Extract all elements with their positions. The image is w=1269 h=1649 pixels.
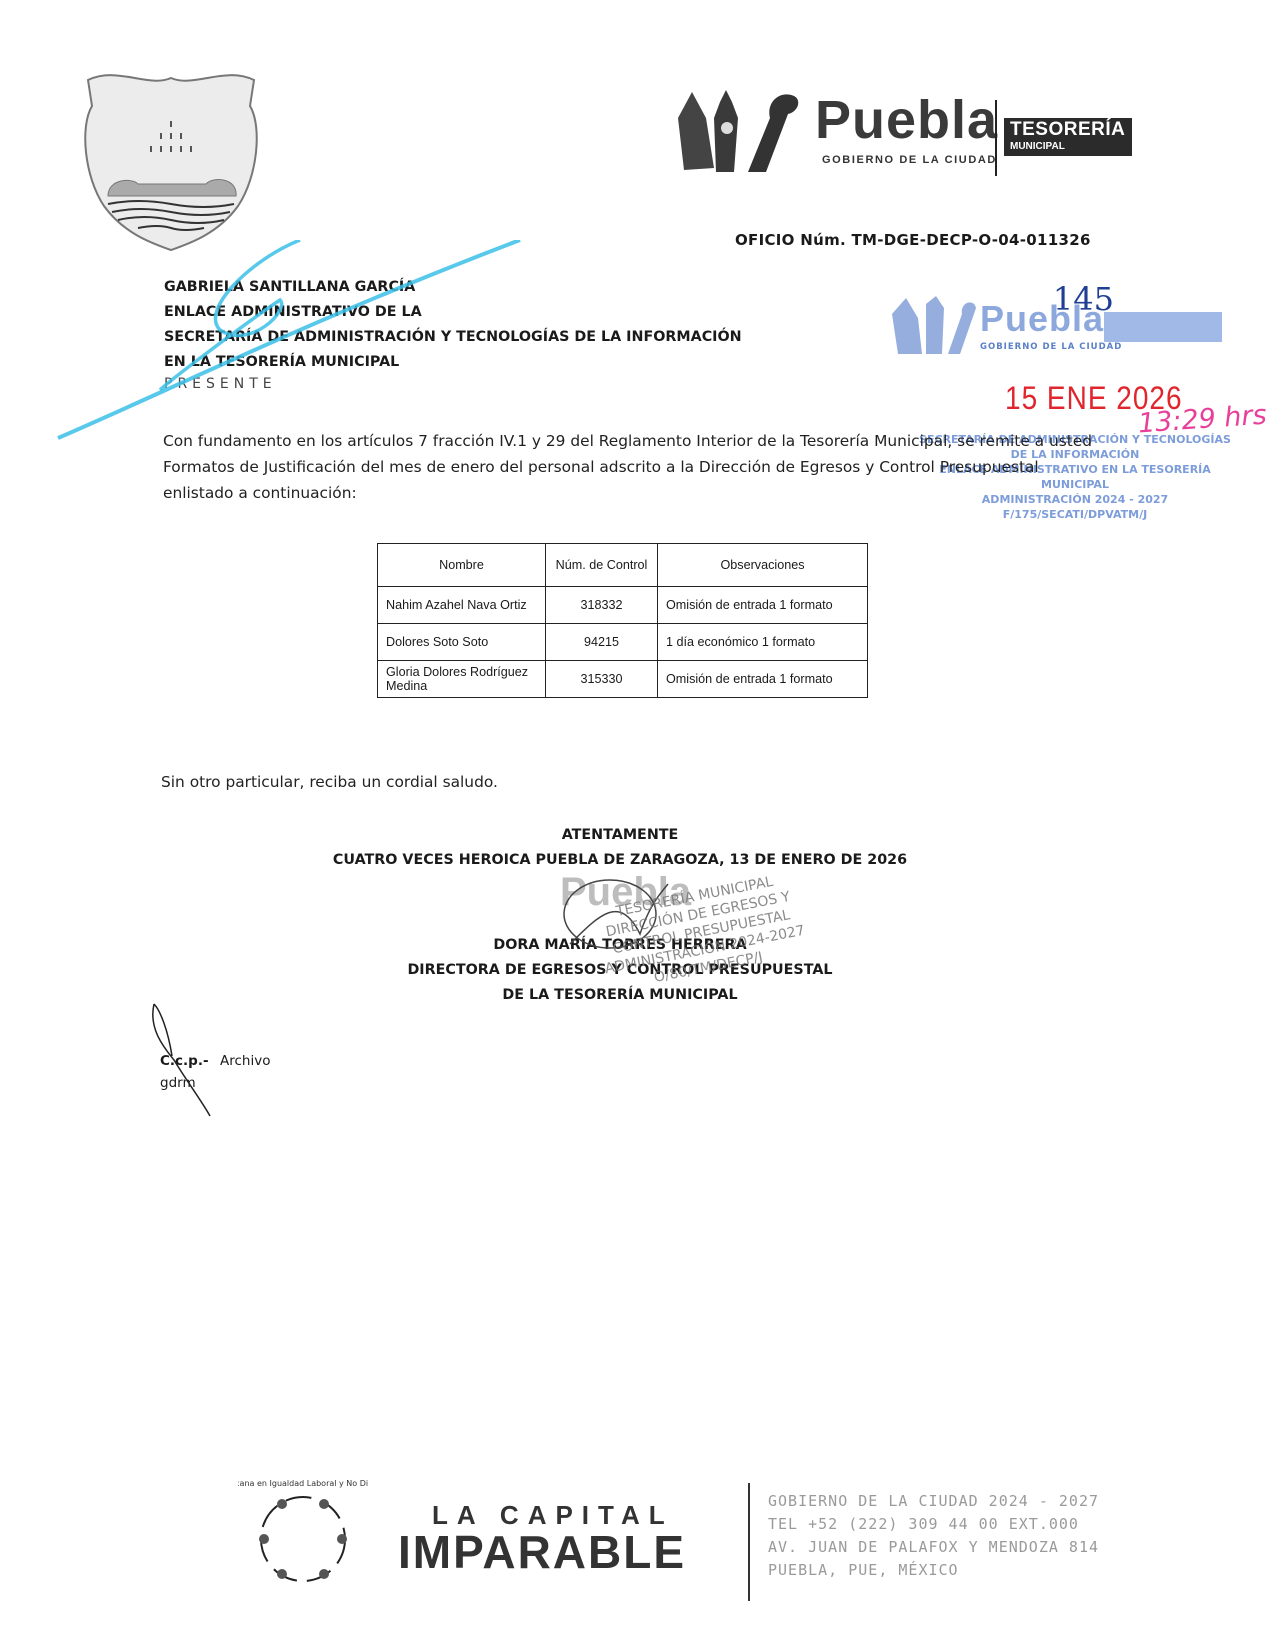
cell-control: 94215 xyxy=(546,624,658,661)
cell-nombre: Nahim Azahel Nava Ortiz xyxy=(378,587,546,624)
logo-subtitle: GOBIERNO DE LA CIUDAD xyxy=(822,154,997,166)
table-row: Nahim Azahel Nava Ortiz 318332 Omisión d… xyxy=(378,587,868,624)
signer-name: DORA MARÍA TORRES HERRERA xyxy=(300,933,940,958)
municipal-crest-logo xyxy=(78,66,264,252)
logo-divider xyxy=(995,100,997,176)
puebla-tesoreria-logo: Puebla GOBIERNO DE LA CIUDAD TESORERÍA M… xyxy=(670,88,1140,178)
footer-divider xyxy=(748,1483,750,1601)
signature-block: ATENTAMENTE CUATRO VECES HEROICA PUEBLA … xyxy=(300,823,940,1008)
brand-line2: IMPARABLE xyxy=(398,1531,686,1573)
body-paragraph: Con fundamento en los artículos 7 fracci… xyxy=(163,428,1093,506)
puebla-wordmark: Puebla xyxy=(815,90,998,150)
cell-observaciones: Omisión de entrada 1 formato xyxy=(658,587,868,624)
cell-observaciones: Omisión de entrada 1 formato xyxy=(658,661,868,698)
tesoreria-badge: TESORERÍA MUNICIPAL xyxy=(1004,118,1132,156)
handwritten-initial-mark xyxy=(146,1000,226,1120)
address-line: AV. JUAN DE PALAFOX Y MENDOZA 814 xyxy=(768,1536,1099,1559)
puebla-emblem-icon xyxy=(670,88,820,174)
badge-title: TESORERÍA xyxy=(1010,119,1125,141)
atentamente-label: ATENTAMENTE xyxy=(300,823,940,848)
stamp-subtitle: GOBIERNO DE LA CIUDAD xyxy=(980,342,1122,352)
addressee-block: GABRIELA SANTILLANA GARCÍA ENLACE ADMINI… xyxy=(164,275,742,375)
puebla-emblem-stamp-icon xyxy=(888,294,978,356)
addressee-line: ENLACE ADMINISTRATIVO DE LA xyxy=(164,300,742,325)
signer-title: DE LA TESORERÍA MUNICIPAL xyxy=(300,983,940,1008)
col-header-observaciones: Observaciones xyxy=(658,544,868,587)
seal-text: Norma Mexicana en Igualdad Laboral y No … xyxy=(238,1478,368,1488)
cell-control: 315330 xyxy=(546,661,658,698)
cell-nombre: Gloria Dolores Rodríguez Medina xyxy=(378,661,546,698)
equality-norm-seal: Norma Mexicana en Igualdad Laboral y No … xyxy=(238,1474,368,1604)
closing-line: Sin otro particular, reciba un cordial s… xyxy=(161,773,498,791)
stamp-line: F/175/SECATI/DPVATM/J xyxy=(910,507,1240,522)
addressee-line: EN LA TESORERÍA MUNICIPAL xyxy=(164,350,742,375)
place-date: CUATRO VECES HEROICA PUEBLA DE ZARAGOZA,… xyxy=(300,848,940,873)
la-capital-imparable-brand: LA CAPITAL IMPARABLE xyxy=(398,1500,686,1573)
badge-subtitle: MUNICIPAL xyxy=(1010,141,1065,152)
presente-label: PRESENTE xyxy=(164,376,277,392)
col-header-nombre: Nombre xyxy=(378,544,546,587)
col-header-control: Núm. de Control xyxy=(546,544,658,587)
footer-address: GOBIERNO DE LA CIUDAD 2024 - 2027 TEL +5… xyxy=(768,1490,1099,1582)
address-line: PUEBLA, PUE, MÉXICO xyxy=(768,1559,1099,1582)
cell-observaciones: 1 día económico 1 formato xyxy=(658,624,868,661)
ccp-value: Archivo xyxy=(220,1053,270,1069)
cell-control: 318332 xyxy=(546,587,658,624)
stamp-folio-number: 145 xyxy=(1053,280,1114,318)
cell-nombre: Dolores Soto Soto xyxy=(378,624,546,661)
table-row: Dolores Soto Soto 94215 1 día económico … xyxy=(378,624,868,661)
address-line: GOBIERNO DE LA CIUDAD 2024 - 2027 xyxy=(768,1490,1099,1513)
table-row: Gloria Dolores Rodríguez Medina 315330 O… xyxy=(378,661,868,698)
addressee-line: SECRETARÍA DE ADMINISTRACIÓN Y TECNOLOGÍ… xyxy=(164,325,742,350)
signer-title: DIRECTORA DE EGRESOS Y CONTROL PRESUPUES… xyxy=(300,958,940,983)
justification-table: Nombre Núm. de Control Observaciones Nah… xyxy=(377,543,868,698)
table-header-row: Nombre Núm. de Control Observaciones xyxy=(378,544,868,587)
address-line: TEL +52 (222) 309 44 00 EXT.000 xyxy=(768,1513,1099,1536)
oficio-number: OFICIO Núm. TM-DGE-DECP-O-04-011326 xyxy=(735,231,1091,249)
stamp-box xyxy=(1104,312,1222,342)
addressee-name: GABRIELA SANTILLANA GARCÍA xyxy=(164,275,742,300)
